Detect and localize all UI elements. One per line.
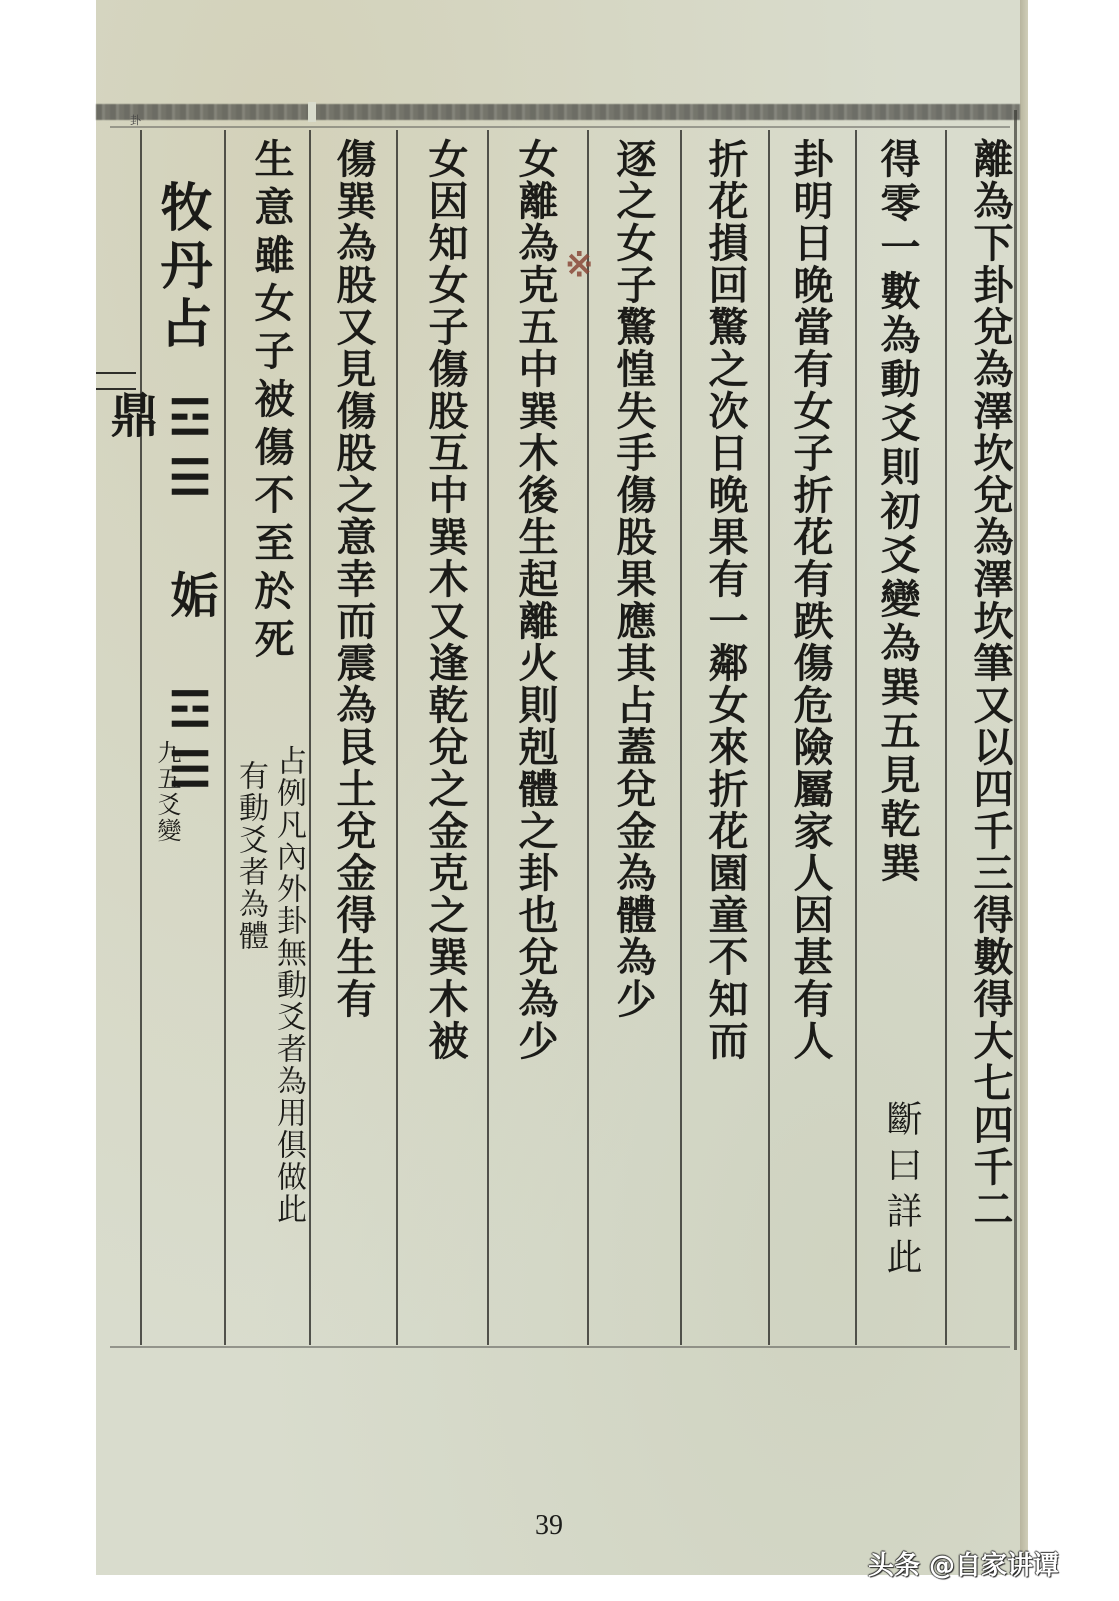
text-column-1: 離為下卦兌為澤坎兌為澤坎筆又以四千三得數得大七四千二 (950, 138, 1020, 1230)
text-column-2: 得零一數為動爻則初爻變為巽五見乾巽 (862, 138, 932, 1138)
text-column-6: 女離為克五中巽木後生起離火則剋體之卦也兌為少 (500, 138, 570, 1062)
column-9-annotation: 占例凡內外卦無動爻者為用俱做此 (266, 745, 310, 1225)
column-rule (224, 130, 226, 1345)
top-rule (110, 126, 1010, 128)
text-column-3: 卦明日晚當有女子折花有跌傷危險屬家人因甚有人 (775, 138, 845, 1062)
column-rule (768, 130, 770, 1345)
column-rule (396, 130, 398, 1345)
corner-mark: 卦 (130, 112, 141, 128)
band-gap (308, 102, 316, 122)
page-number: 39 (535, 1510, 563, 1542)
fold-mark (96, 372, 136, 374)
text-column-9: 生意雖女子被傷不至於死 (236, 138, 306, 738)
column-rule (855, 130, 857, 1345)
hexagram-annotation: 九五爻變 (150, 740, 185, 844)
page-edge (1020, 0, 1028, 1560)
text-column-5: 逐之女子驚惶失手傷股果應其占蓋兌金為體為少 (598, 138, 668, 1020)
column-rule (945, 130, 947, 1345)
text-column-4: 折花損回驚之次日晚果有一鄰女來折花園童不知而 (690, 138, 760, 1062)
text-column-7: 女因知女子傷股互中巽木又逢乾兌之金克之巽木被 (410, 138, 480, 1062)
column-2-annotation: 斷曰詳此 (876, 1100, 927, 1284)
column-rule (140, 130, 142, 1345)
text-column-8: 傷巽為股又見傷股之意幸而震為艮土兌金得生有 (318, 138, 388, 1020)
column-9-annotation-2: 有動爻者為體 (228, 760, 272, 952)
top-border-band (96, 104, 1020, 120)
column-rule (680, 130, 682, 1345)
red-ink-mark: ※ (565, 245, 594, 285)
watermark: 头条 @自家讲谭 (868, 1545, 1059, 1582)
section-title: 牧丹占 (146, 180, 216, 420)
bottom-rule (110, 1346, 1010, 1348)
column-rule (587, 130, 589, 1345)
column-rule (487, 130, 489, 1345)
